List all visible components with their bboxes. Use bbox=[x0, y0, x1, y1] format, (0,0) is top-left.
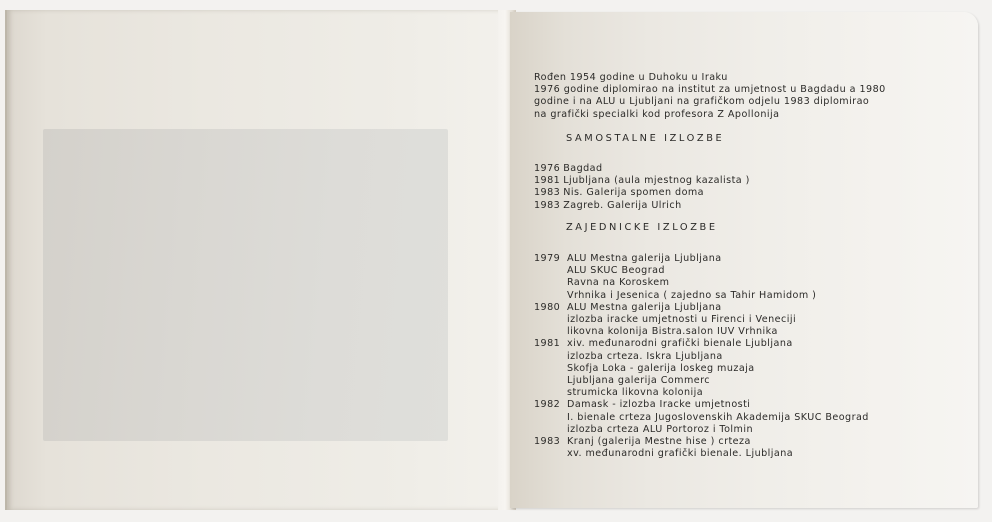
right-page: Rođen 1954 godine u Duhoku u Iraku 1976 … bbox=[510, 12, 978, 508]
group-exhibition-line: Ravna na Koroskem bbox=[534, 277, 974, 289]
group-exhibition-year-block: 1980 ALU Mestna galerija Ljubljana izloz… bbox=[534, 302, 974, 339]
exhibition-text: Vrhnika i Jesenica ( zajedno sa Tahir Ha… bbox=[567, 290, 816, 302]
group-exhibition-line: likovna kolonija Bistra.salon IUV Vrhnik… bbox=[534, 326, 974, 338]
group-exhibition-line: 1982 Damask - izlozba Iracke umjetnosti bbox=[534, 399, 974, 411]
faded-print-area bbox=[43, 129, 448, 441]
group-exhibition-line: strumicka likovna kolonija bbox=[534, 387, 974, 399]
group-exhibitions-heading: ZAJEDNICKE IZLOZBE bbox=[566, 222, 974, 234]
artist-biography-text: Rođen 1954 godine u Duhoku u Iraku 1976 … bbox=[534, 72, 974, 460]
exhibition-year: 1981 bbox=[534, 175, 560, 187]
exhibition-text: Ljubljana (aula mjestnog kazalista ) bbox=[563, 175, 750, 187]
solo-exhibition-entry: 1976 Bagdad bbox=[534, 163, 974, 175]
exhibition-text: ALU Mestna galerija Ljubljana bbox=[567, 253, 722, 265]
exhibition-text: Nis. Galerija spomen doma bbox=[563, 187, 704, 199]
solo-exhibition-entry: 1983 Nis. Galerija spomen doma bbox=[534, 187, 974, 199]
exhibition-text: Skofja Loka - galerija loskeg muzaja bbox=[567, 363, 755, 375]
exhibition-text: Zagreb. Galerija Ulrich bbox=[563, 200, 681, 212]
bio-line: 1976 godine diplomirao na institut za um… bbox=[534, 84, 974, 96]
bio-line: Rođen 1954 godine u Duhoku u Iraku bbox=[534, 72, 974, 84]
exhibition-text: Bagdad bbox=[563, 163, 602, 175]
solo-exhibition-entry: 1983 Zagreb. Galerija Ulrich bbox=[534, 200, 974, 212]
exhibition-text: strumicka likovna kolonija bbox=[567, 387, 703, 399]
group-exhibition-line: izlozba crteza. Iskra Ljubljana bbox=[534, 351, 974, 363]
solo-exhibitions-heading: SAMOSTALNE IZLOZBE bbox=[566, 133, 974, 145]
solo-exhibition-entry: 1981 Ljubljana (aula mjestnog kazalista … bbox=[534, 175, 974, 187]
exhibition-text: izlozba crteza. Iskra Ljubljana bbox=[567, 351, 723, 363]
open-booklet: Rođen 1954 godine u Duhoku u Iraku 1976 … bbox=[0, 0, 992, 522]
exhibition-text: xv. međunarodni grafički bienale. Ljublj… bbox=[567, 448, 793, 460]
exhibition-text: I. bienale crteza Jugoslovenskih Akademi… bbox=[567, 412, 869, 424]
group-exhibition-year-block: 1982 Damask - izlozba Iracke umjetnosti … bbox=[534, 399, 974, 436]
group-exhibition-year-block: 1983 Kranj (galerija Mestne hise ) crtez… bbox=[534, 436, 974, 460]
exhibition-text: Damask - izlozba Iracke umjetnosti bbox=[567, 399, 750, 411]
exhibition-text: Ljubljana galerija Commerc bbox=[567, 375, 710, 387]
exhibition-text: ALU Mestna galerija Ljubljana bbox=[567, 302, 722, 314]
group-exhibition-line: Vrhnika i Jesenica ( zajedno sa Tahir Ha… bbox=[534, 290, 974, 302]
exhibition-year: 1976 bbox=[534, 163, 560, 175]
exhibition-year: 1982 bbox=[534, 399, 567, 411]
exhibition-year: 1980 bbox=[534, 302, 567, 314]
group-exhibition-line: izlozba iracke umjetnosti u Firenci i Ve… bbox=[534, 314, 974, 326]
group-exhibition-line: Ljubljana galerija Commerc bbox=[534, 375, 974, 387]
group-exhibition-line: Skofja Loka - galerija loskeg muzaja bbox=[534, 363, 974, 375]
exhibition-text: xiv. međunarodni grafički bienale Ljublj… bbox=[567, 338, 793, 350]
exhibition-year: 1979 bbox=[534, 253, 567, 265]
exhibition-text: izlozba crteza ALU Portoroz i Tolmin bbox=[567, 424, 753, 436]
exhibition-year: 1981 bbox=[534, 338, 567, 350]
exhibition-text: Ravna na Koroskem bbox=[567, 277, 669, 289]
exhibition-text: Kranj (galerija Mestne hise ) crteza bbox=[567, 436, 751, 448]
group-exhibition-line: I. bienale crteza Jugoslovenskih Akademi… bbox=[534, 412, 974, 424]
group-exhibition-line: izlozba crteza ALU Portoroz i Tolmin bbox=[534, 424, 974, 436]
exhibition-year: 1983 bbox=[534, 436, 567, 448]
bio-line: godine i na ALU u Ljubljani na grafičkom… bbox=[534, 96, 974, 108]
left-page bbox=[5, 10, 507, 510]
group-exhibition-line: xv. međunarodni grafički bienale. Ljublj… bbox=[534, 448, 974, 460]
exhibition-text: likovna kolonija Bistra.salon IUV Vrhnik… bbox=[567, 326, 778, 338]
group-exhibition-line: 1983 Kranj (galerija Mestne hise ) crtez… bbox=[534, 436, 974, 448]
bio-line: na grafički specialki kod profesora Z Ap… bbox=[534, 109, 974, 121]
exhibition-text: ALU SKUC Beograd bbox=[567, 265, 665, 277]
group-exhibition-line: 1980 ALU Mestna galerija Ljubljana bbox=[534, 302, 974, 314]
group-exhibition-year-block: 1979 ALU Mestna galerija Ljubljana ALU S… bbox=[534, 253, 974, 302]
group-exhibition-line: 1979 ALU Mestna galerija Ljubljana bbox=[534, 253, 974, 265]
exhibition-year: 1983 bbox=[534, 187, 560, 199]
solo-exhibitions-list: 1976 Bagdad 1981 Ljubljana (aula mjestno… bbox=[534, 163, 974, 212]
group-exhibition-line: 1981 xiv. međunarodni grafički bienale L… bbox=[534, 338, 974, 350]
exhibition-year: 1983 bbox=[534, 200, 560, 212]
exhibition-text: izlozba iracke umjetnosti u Firenci i Ve… bbox=[567, 314, 796, 326]
group-exhibitions-list: 1979 ALU Mestna galerija Ljubljana ALU S… bbox=[534, 253, 974, 460]
group-exhibition-line: ALU SKUC Beograd bbox=[534, 265, 974, 277]
group-exhibition-year-block: 1981 xiv. međunarodni grafički bienale L… bbox=[534, 338, 974, 399]
